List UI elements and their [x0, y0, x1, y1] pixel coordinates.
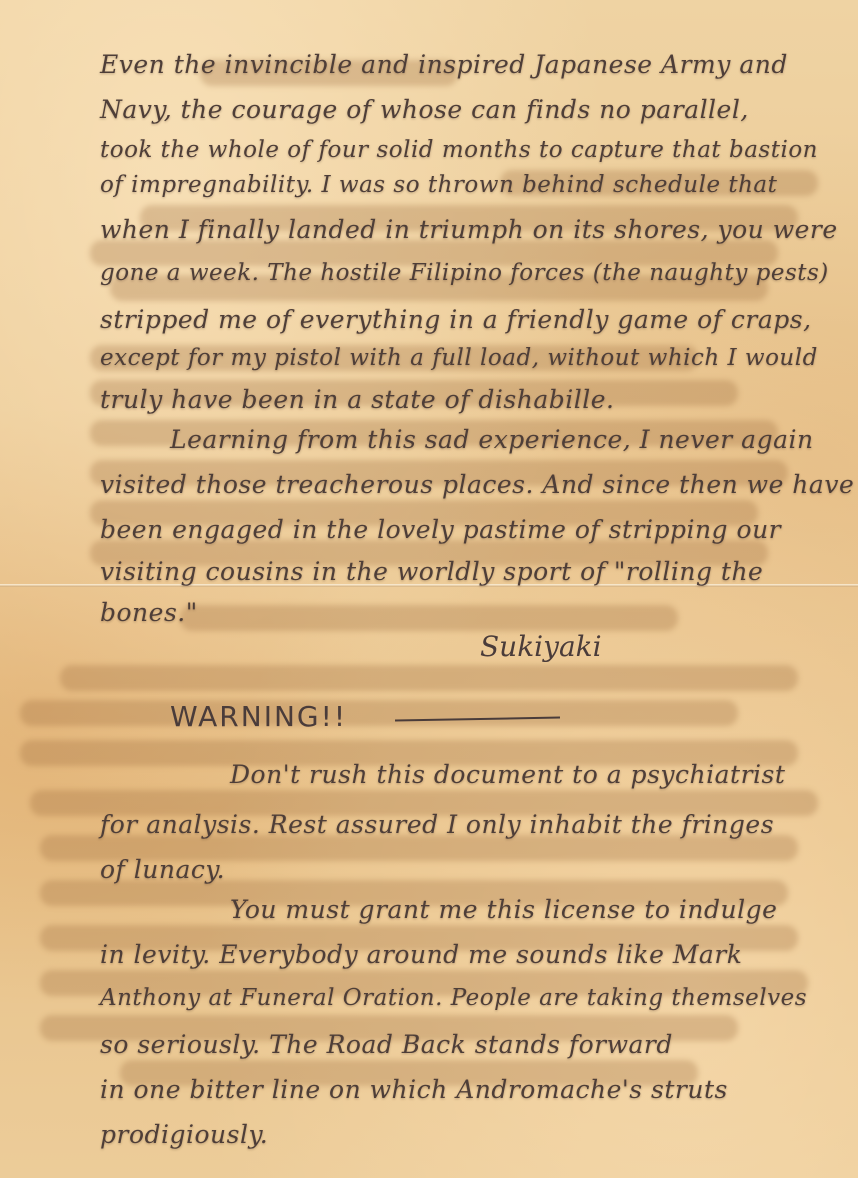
letter-line: visited those treacherous places. And si…: [100, 470, 854, 499]
letter-line: of impregnability. I was so thrown behin…: [100, 172, 777, 198]
warning-line: Anthony at Funeral Oration. People are t…: [100, 985, 807, 1011]
letter-line: gone a week. The hostile Filipino forces…: [100, 260, 829, 286]
ink-bleed: [20, 700, 738, 726]
warning-line: Don't rush this document to a psychiatri…: [230, 760, 785, 789]
warning-heading: WARNING!!: [170, 700, 347, 733]
warning-line: of lunacy.: [100, 855, 225, 884]
letter-line: visiting cousins in the worldly sport of…: [100, 557, 763, 586]
warning-line: in levity. Everybody around me sounds li…: [100, 940, 742, 969]
letter-line: stripped me of everything in a friendly …: [100, 305, 812, 334]
letter-line: been engaged in the lovely pastime of st…: [100, 515, 781, 544]
letter-line: except for my pistol with a full load, w…: [100, 345, 818, 371]
warning-line: for analysis. Rest assured I only inhabi…: [100, 810, 774, 839]
letter-line: when I finally landed in triumph on its …: [100, 215, 838, 244]
letter-line: Learning from this sad experience, I nev…: [170, 425, 814, 454]
warning-line: so seriously. The Road Back stands forwa…: [100, 1030, 673, 1059]
letter-line: Navy, the courage of whose can finds no …: [100, 95, 749, 124]
ink-bleed: [60, 665, 798, 691]
letter-line: took the whole of four solid months to c…: [100, 137, 818, 163]
letter-line: truly have been in a state of dishabille…: [100, 385, 614, 414]
letter-line: Even the invincible and inspired Japanes…: [100, 50, 788, 79]
letter-page: Even the invincible and inspired Japanes…: [0, 0, 858, 1178]
warning-line: You must grant me this license to indulg…: [230, 895, 777, 924]
warning-line: prodigiously.: [100, 1120, 268, 1149]
warning-line: in one bitter line on which Andromache's…: [100, 1075, 728, 1104]
letter-line: bones.": [100, 598, 198, 627]
signature: Sukiyaki: [480, 630, 602, 663]
ink-bleed: [180, 605, 678, 631]
